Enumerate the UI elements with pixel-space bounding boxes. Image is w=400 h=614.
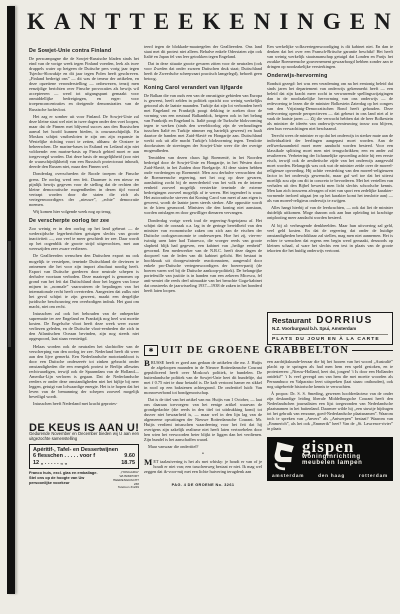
paragraph: Wij komen hier volgende week nog op teru… xyxy=(29,209,139,214)
column-1: De Sowjet-Unie contra Finland De perscam… xyxy=(29,44,139,490)
paragraph: Alles hangt hierbij af van de leerkracht… xyxy=(267,205,393,220)
grabbelton-heading-band: ✱ UIT DE GROENE GRABBELTON xyxy=(144,345,393,356)
city: den haag xyxy=(318,474,345,479)
paragraph: Al bij al: verheugende denkbeelden. Maar… xyxy=(267,223,393,253)
column-1-text: De Sowjet-Unie contra Finland De perscam… xyxy=(29,44,139,409)
paragraph: Intusschen zal ook het behouden van de o… xyxy=(29,311,139,341)
paragraph: De Balkan die van ouds een van de onrust… xyxy=(144,93,262,153)
paragraph: Dat in deze situatie groote gevaren zitt… xyxy=(144,61,262,81)
paragraph: Intusschen heeft Nederland met kracht ge… xyxy=(29,401,139,406)
wine-ad-headline: DE KEUS IS AAN U! xyxy=(29,426,139,431)
paragraph-text: ET taalzuivering is het als met whisky: … xyxy=(144,459,262,474)
section-onderwijs-hervorming: Onderwijs-hervorming Ronduit gezegd: het… xyxy=(267,74,393,253)
paragraph: Terecht wees de minister er op dat het o… xyxy=(267,133,393,203)
grabbelton-heading: UIT DE GROENE GRABBELTON xyxy=(161,345,349,356)
price-row-label: 12 „ . . . . . „ „ xyxy=(33,460,67,467)
paragraph-text: RUSSE heeft er goed aan gedaan de artike… xyxy=(144,360,262,395)
grabbelton-column-2: BRUSSE heeft er goed aan gedaan de artik… xyxy=(144,360,262,488)
grabbelton-column-3: een aardrijkskunde-leeraar die bij het h… xyxy=(267,360,393,481)
note-line: Stel ons op de hoogte van Uw persoonlijk… xyxy=(29,476,107,485)
dorrius-address: N.Z. Voorburgwal b.h. Spui, Amsterdam xyxy=(272,326,388,332)
section-heading: De Sowjet-Unie contra Finland xyxy=(29,49,139,54)
paragraph: Donderdag overschreden de Roode troepen … xyxy=(29,171,139,206)
paragraph: De perscampagne die de Sowjet-Russische … xyxy=(29,56,139,112)
wine-ad-price-row: 12 „ . . . . . „ „ 18.75 xyxy=(33,460,135,467)
paragraph: Ronduit gezegd: het was een verademing o… xyxy=(267,81,393,131)
paragraph: Een werkelijke volksvertegenwoordiging i… xyxy=(267,44,393,69)
section-oorlog-ter-zee: De verscherpte oorlog ter zee Zoo weinig… xyxy=(29,219,139,407)
paragraph: Dat is de titel van het artikel van mr. … xyxy=(144,397,262,442)
section-separator-dot: • xyxy=(144,452,262,457)
column-3: Een werkelijke volksvertegenwoordiging i… xyxy=(267,44,393,345)
gispen-line: meubelen lampen xyxy=(302,460,389,467)
wine-ad-price-box: Apéritif-, Tafel- en Dessertwijnen 6 fle… xyxy=(29,444,139,470)
paragraph: Maar vanwaar die ondertitel? xyxy=(144,444,262,449)
paragraph: teerd tegen de blokkade-maatregelen der … xyxy=(144,44,262,59)
wine-ad-notes: Franco huis, excl. glas en emballage. St… xyxy=(29,471,107,490)
wine-ad-footnotes: Franco huis, excl. glas en emballage. St… xyxy=(29,471,139,490)
paragraph: Helaas worden ook de neutralen het slach… xyxy=(29,344,139,400)
vendor-phone: Telefoon 31249 xyxy=(107,486,139,490)
drop-cap: B xyxy=(144,360,150,368)
dorrius-tagline: PLATS DU JOUR EN À LA CARTE xyxy=(272,334,388,342)
paragraph: Donderdag vorige week trad de regeering-… xyxy=(144,218,262,293)
column-2: teerd tegen de blokkade-maatregelen der … xyxy=(144,44,262,340)
city: amsterdam xyxy=(272,474,304,479)
page-title: KANTTEEKENINGEN xyxy=(27,9,400,35)
dorrius-brand: DORRIUS xyxy=(316,315,373,326)
paragraph-dropcap: MET taalzuivering is het als met whisky:… xyxy=(144,459,262,474)
chair-icon xyxy=(270,441,299,472)
heading-rule xyxy=(352,350,393,351)
wine-ad-vendor: „HONGARIA” WIJNIMPORT HEERENGRACHT 238 T… xyxy=(107,471,139,490)
wine-ad: DE KEUS IS AAN U! Gedurende November en … xyxy=(29,426,139,490)
binding-strip xyxy=(7,6,15,594)
dorrius-prefix: Restaurant xyxy=(272,316,311,325)
dorrius-restaurant-ad: RestaurantDORRIUS N.Z. Voorburgwal b.h. … xyxy=(267,312,393,345)
dorrius-name: RestaurantDORRIUS xyxy=(272,316,388,325)
section-heading: De verscherpte oorlog ter zee xyxy=(29,219,139,224)
gispen-furniture-ad: gispen woninginrichting meubelen lampen … xyxy=(267,437,393,481)
section-heading: Koning Carol verandert van lijfgarde xyxy=(144,86,262,91)
price-row-value: 18.75 xyxy=(121,460,135,467)
newspaper-page: KANTTEEKENINGEN De Sowjet-Unie contra Fi… xyxy=(0,0,400,614)
paragraph: De Geallieerden wenschen den Duitschen e… xyxy=(29,253,139,309)
gispen-cities: amsterdam den haag rotterdam xyxy=(272,474,388,479)
paragraph-dropcap: BRUSSE heeft er goed aan gedaan de artik… xyxy=(144,360,262,395)
section-sowjet-finland: De Sowjet-Unie contra Finland De perscam… xyxy=(29,49,139,215)
column-3-text: Een werkelijke volksvertegenwoordiging i… xyxy=(267,44,393,255)
page-footer: PAG. 4 DE GROENE No. 3261 xyxy=(144,483,262,488)
city: rotterdam xyxy=(359,474,388,479)
grab-bag-icon: ✱ xyxy=(144,345,158,356)
paragraph: Het zag er somber uit voor Finland. De S… xyxy=(29,114,139,170)
paragraph: À propos: Dr. S. S. Smeding, gewezen hoo… xyxy=(267,392,393,432)
section-koning-carol: Koning Carol verandert van lijfgarde De … xyxy=(144,86,262,293)
paragraph: Temidden van dezen chaos ligt Roemenië, … xyxy=(144,155,262,215)
gispen-brand: gispen xyxy=(302,440,389,454)
section-heading: Onderwijs-hervorming xyxy=(267,74,393,79)
drop-cap: M xyxy=(144,459,152,467)
paragraph: een aardrijkskunde-leeraar die bij het h… xyxy=(267,360,393,390)
wine-ad-subtext: Gedurende November en December bieden wi… xyxy=(29,432,139,442)
paragraph: Zoo weinig er in den oorlog op het land … xyxy=(29,226,139,251)
